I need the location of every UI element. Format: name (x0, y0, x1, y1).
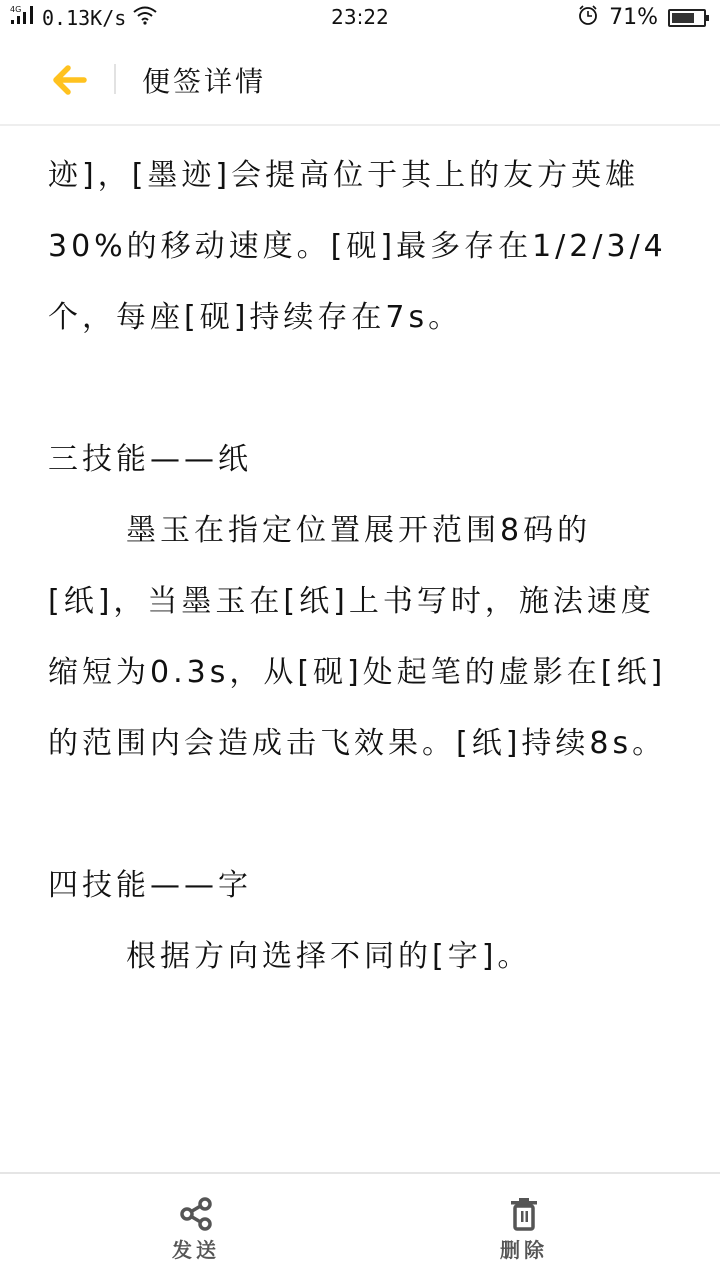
arrow-left-icon (48, 60, 92, 100)
send-button[interactable]: 发送 (136, 1196, 256, 1263)
note-paragraph: 墨玉在指定位置展开范围8码的[纸]，当墨玉在[纸]上书写时，施法速度缩短为0.3… (48, 495, 678, 779)
battery-icon (668, 9, 706, 27)
header-divider (114, 64, 116, 94)
trash-icon (506, 1196, 542, 1232)
delete-button[interactable]: 删除 (464, 1196, 584, 1263)
share-icon (178, 1196, 214, 1232)
back-button[interactable] (48, 60, 92, 100)
blank-line (48, 779, 678, 850)
note-paragraph: 根据方向选择不同的[字]。 (48, 921, 678, 992)
status-right: 71% (577, 4, 706, 31)
battery-percent: 71% (609, 5, 658, 30)
note-content[interactable]: 迹]，[墨迹]会提高位于其上的友方英雄30%的移动速度。[砚]最多存在1/2/3… (48, 140, 678, 992)
page-title: 便签详情 (142, 60, 266, 100)
section-heading-skill4: 四技能——字 (48, 850, 678, 921)
blank-line (48, 353, 678, 424)
note-paragraph: 迹]，[墨迹]会提高位于其上的友方英雄30%的移动速度。[砚]最多存在1/2/3… (48, 140, 678, 353)
send-label: 发送 (136, 1234, 256, 1263)
delete-label: 删除 (464, 1234, 584, 1263)
header: 便签详情 (0, 36, 720, 126)
status-bar: 4G 0.13K/s 23:22 71% (0, 0, 720, 36)
bottom-action-bar: 发送 删除 (0, 1172, 720, 1280)
alarm-icon (577, 4, 599, 31)
section-heading-skill3: 三技能——纸 (48, 424, 678, 495)
